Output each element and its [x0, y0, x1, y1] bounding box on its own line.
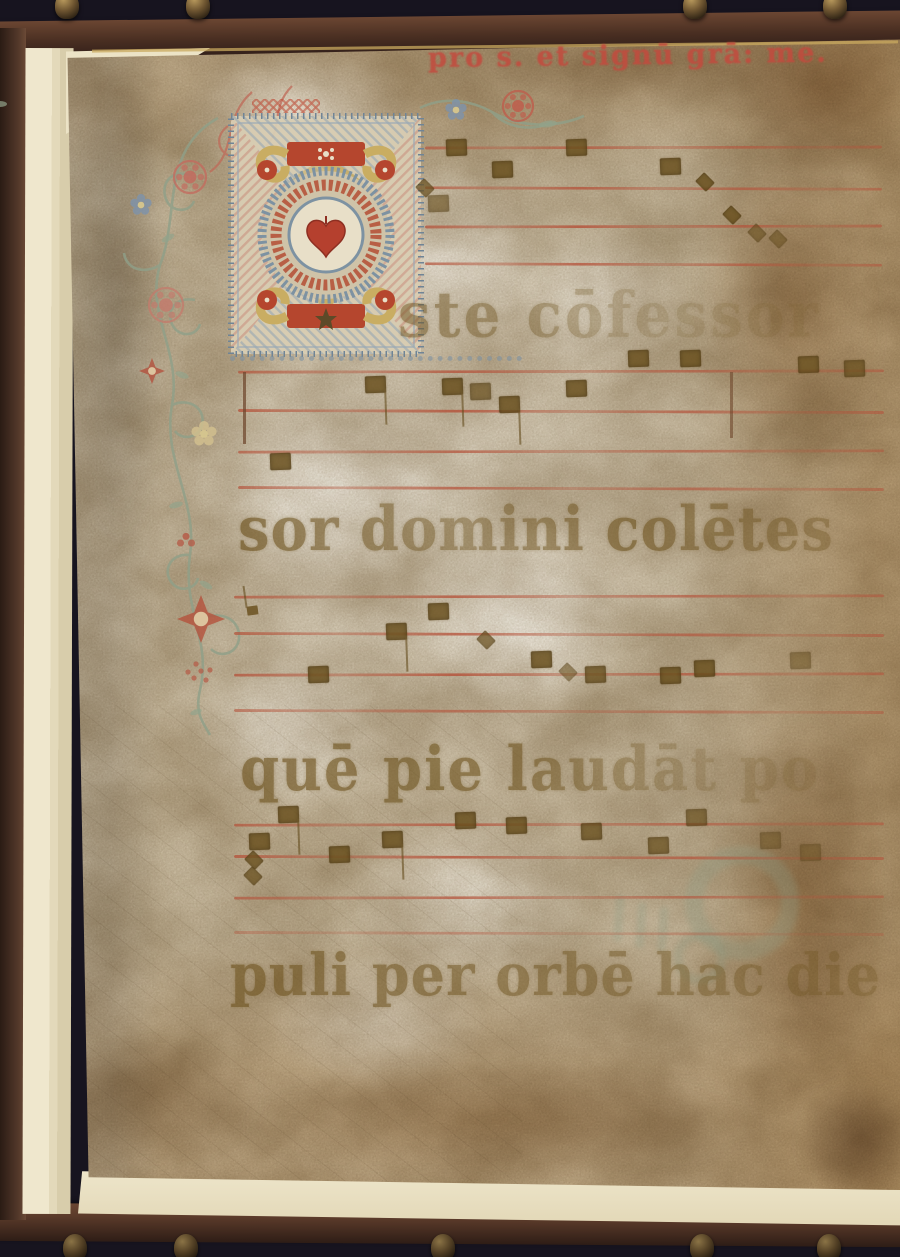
flower-petal [452, 99, 460, 107]
rosette-petal [181, 183, 187, 189]
bud [182, 533, 189, 540]
sprig-dot [185, 669, 190, 674]
neume-sq [585, 666, 607, 684]
bead-flourish [230, 356, 522, 361]
rosette-center [512, 100, 524, 112]
sprig-dot [198, 668, 203, 673]
flower-petal [448, 111, 456, 119]
neume-sq [660, 667, 682, 685]
rosette-center [184, 171, 197, 184]
sprig-dot [203, 677, 208, 682]
flower-petal [141, 206, 149, 214]
flower-petal [137, 194, 145, 202]
staff-line [425, 146, 882, 150]
neume-sq [648, 837, 670, 855]
flower-petal [191, 427, 201, 437]
rosette-flower [503, 91, 533, 121]
rosette-petal [181, 164, 187, 170]
binding-knob [683, 0, 707, 19]
rosette-flower [149, 288, 183, 322]
star-flower-center [148, 367, 156, 375]
rosette-petal [176, 174, 182, 180]
bud [188, 539, 195, 546]
flower-petal [456, 111, 464, 119]
neume-sq [760, 832, 782, 850]
binding-knob [690, 1234, 714, 1257]
flower-petal [199, 421, 209, 431]
rosette-petal [525, 103, 531, 109]
neume-sq [446, 139, 468, 157]
neume-bar [730, 372, 733, 438]
neume-sq [506, 817, 528, 835]
neume-cu [246, 605, 258, 615]
binding-knob [174, 1234, 198, 1257]
rosette-petal [168, 312, 175, 319]
rosette-petal [505, 103, 511, 109]
binding-knob [823, 0, 847, 19]
bud [177, 539, 184, 546]
neume-sq [455, 812, 477, 830]
neume-sq [531, 651, 553, 669]
rosette-petal [520, 112, 526, 118]
staff-line [234, 594, 884, 598]
neume-sq [790, 652, 812, 670]
flower-center [453, 107, 460, 114]
flower-petal [133, 206, 141, 214]
manuscript-photograph: pro s. et signū grā: me. [0, 0, 900, 1257]
staff-line [234, 632, 884, 637]
flower-petal [130, 199, 138, 207]
lattice-ornament [252, 99, 320, 113]
star-flower [177, 595, 225, 643]
rosette-petal [520, 94, 526, 100]
neume-sq [800, 844, 822, 862]
illuminated-initial [227, 112, 425, 358]
binding-knob [55, 0, 79, 19]
sprig-dot [193, 661, 198, 666]
staff-line [238, 449, 884, 453]
staff-line [425, 186, 882, 190]
rosette-petal [510, 94, 516, 100]
rosette-center [159, 298, 173, 312]
rosette-flower [174, 161, 206, 193]
flower-center [200, 430, 208, 438]
neume-dm [558, 662, 578, 682]
neume-sq [428, 603, 450, 621]
star-flower-center [194, 612, 208, 626]
neume-dm [244, 850, 264, 870]
bleedthrough-ring [694, 855, 790, 951]
neume-sqt [442, 378, 464, 396]
neume-sq [581, 823, 603, 841]
staff-line [238, 486, 884, 491]
neume-dm [722, 205, 742, 225]
binding-knob [186, 0, 210, 19]
binding-knob [63, 1234, 87, 1257]
neume-sq [686, 809, 708, 827]
neume-sq [628, 350, 650, 368]
chant-text-line: sor domini colētes [238, 494, 834, 565]
binding-knob [431, 1234, 455, 1257]
neume-bar [243, 372, 246, 444]
neume-sq [798, 356, 820, 374]
neume-sqt [386, 623, 408, 641]
neume-sq [270, 453, 292, 471]
staff-line [238, 409, 884, 414]
chant-text-line: quē pie laudāt po [240, 734, 820, 805]
chant-text-line: ste cōfessor [398, 278, 821, 351]
binding-knob [817, 1234, 841, 1257]
chant-text-line: puli per orbē hac die [230, 940, 881, 1009]
flower-petal [204, 436, 214, 446]
neume-sq [694, 660, 716, 678]
staff-line [234, 931, 884, 936]
staff-line [234, 709, 884, 714]
sprig-dot [207, 667, 212, 672]
rosette-petal [192, 183, 198, 189]
staff-line [234, 895, 884, 899]
rosette-petal [192, 164, 198, 170]
neume-sq [308, 666, 330, 684]
staff-line [425, 225, 882, 229]
neume-sq [428, 195, 450, 213]
heart-medallion [262, 171, 390, 299]
neume-sqt [382, 831, 404, 849]
neume-sq [470, 383, 492, 401]
flower-petal [143, 199, 151, 207]
neume-dm [243, 866, 263, 886]
flower-center [138, 202, 145, 209]
neume-sq [566, 380, 588, 398]
neume-sq [329, 846, 351, 864]
rosette-petal [157, 292, 164, 299]
neume-dm [768, 229, 788, 249]
neume-sqt [365, 376, 387, 394]
neume-sqt [499, 396, 521, 414]
neume-sq [660, 158, 682, 176]
neume-sq [844, 360, 866, 378]
neume-sq [249, 833, 271, 851]
neume-sq [680, 350, 702, 368]
rubric-text: pro s. et signū grā: me. [428, 37, 868, 74]
staff-line [425, 262, 882, 266]
staff-line [234, 822, 884, 826]
neume-sq [492, 161, 514, 179]
flower-petal [445, 104, 453, 112]
rosette-petal [198, 174, 204, 180]
rosette-petal [168, 292, 175, 299]
neume-sqt [278, 806, 300, 824]
flower-petal [194, 436, 204, 446]
page-content: pro s. et signū grā: me. [0, 0, 900, 1257]
rosette-petal [151, 302, 158, 309]
star-flower [139, 358, 165, 384]
staff-line [238, 369, 884, 373]
flower-petal [458, 104, 466, 112]
flower-petal [207, 427, 217, 437]
rosette-petal [174, 302, 181, 309]
rosette-petal [510, 112, 516, 118]
rosette-petal [157, 312, 164, 319]
neume-sq [566, 139, 588, 157]
sprig-dot [191, 675, 196, 680]
